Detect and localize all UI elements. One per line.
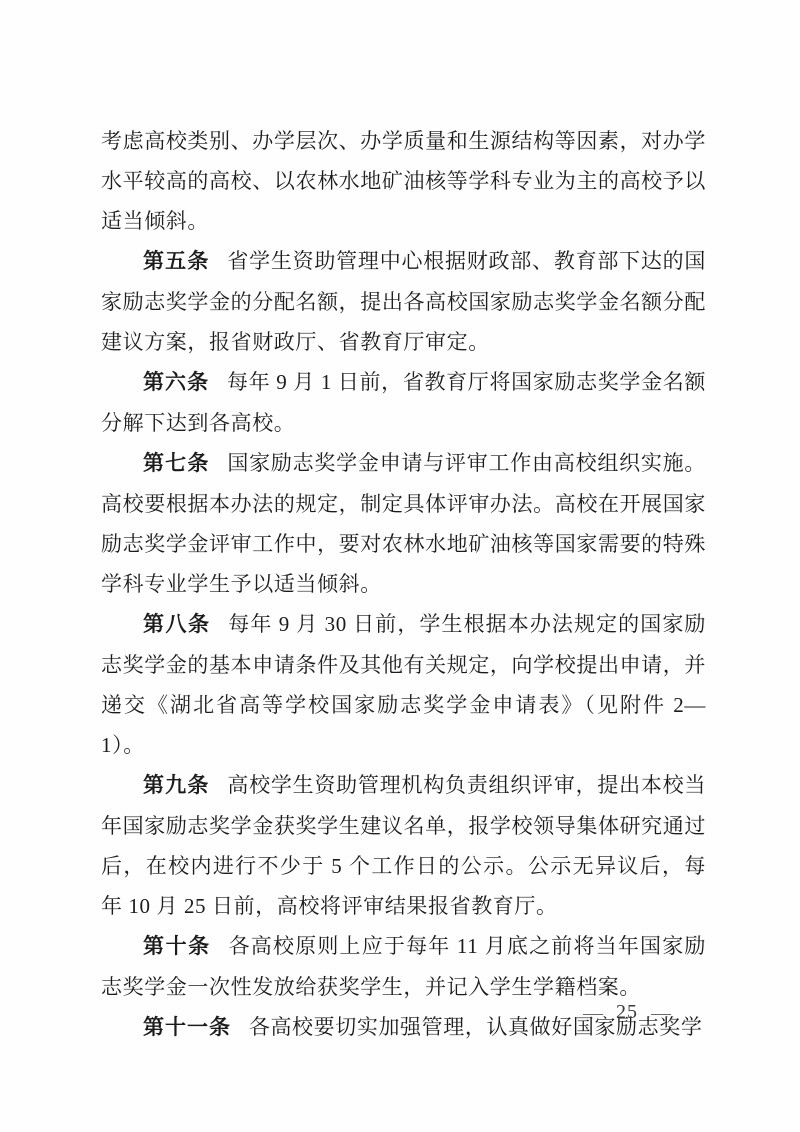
paragraph-article-9: 第九条高校学生资助管理机构负责组织评审，提出本校当年国家励志奖学金获奖学生建议名…	[101, 765, 706, 926]
article-9-label: 第九条	[143, 774, 210, 797]
article-11-label: 第十一条	[143, 1016, 231, 1039]
paragraph-article-8: 第八条每年 9 月 30 日前，学生根据本办法规定的国家励志奖学金的基本申请条件…	[101, 604, 706, 765]
paragraph-text: 考虑高校类别、办学层次、办学质量和生源结构等因素，对办学水平较高的高校、以农林水…	[101, 129, 706, 233]
paragraph-article-10: 第十条各高校原则上应于每年 11 月底之前将当年国家励志奖学金一次性发放给获奖学…	[101, 926, 706, 1007]
page-footer: — 25 —	[583, 1001, 671, 1024]
paragraph-article-6: 第六条每年 9 月 1 日前，省教育厅将国家励志奖学金名额分解下达到各高校。	[101, 362, 706, 443]
paragraph-article-5: 第五条省学生资助管理中心根据财政部、教育部下达的国家励志奖学金的分配名额，提出各…	[101, 241, 706, 362]
article-6-label: 第六条	[143, 371, 209, 394]
footer-dash-right: —	[651, 1003, 671, 1023]
article-10-label: 第十条	[143, 935, 211, 958]
paragraph-article-7: 第七条国家励志奖学金申请与评审工作由高校组织实施。高校要根据本办法的规定，制定具…	[101, 443, 706, 604]
footer-dash-left: —	[583, 1003, 603, 1023]
article-8-label: 第八条	[143, 613, 210, 636]
paragraph-continuation: 考虑高校类别、办学层次、办学质量和生源结构等因素，对办学水平较高的高校、以农林水…	[101, 121, 706, 241]
document-body: 考虑高校类别、办学层次、办学质量和生源结构等因素，对办学水平较高的高校、以农林水…	[101, 121, 706, 1048]
page-number: 25	[616, 1001, 638, 1024]
article-5-label: 第五条	[143, 250, 210, 273]
document-page: 考虑高校类别、办学层次、办学质量和生源结构等因素，对办学水平较高的高校、以农林水…	[0, 0, 800, 1132]
article-7-label: 第七条	[143, 452, 210, 475]
